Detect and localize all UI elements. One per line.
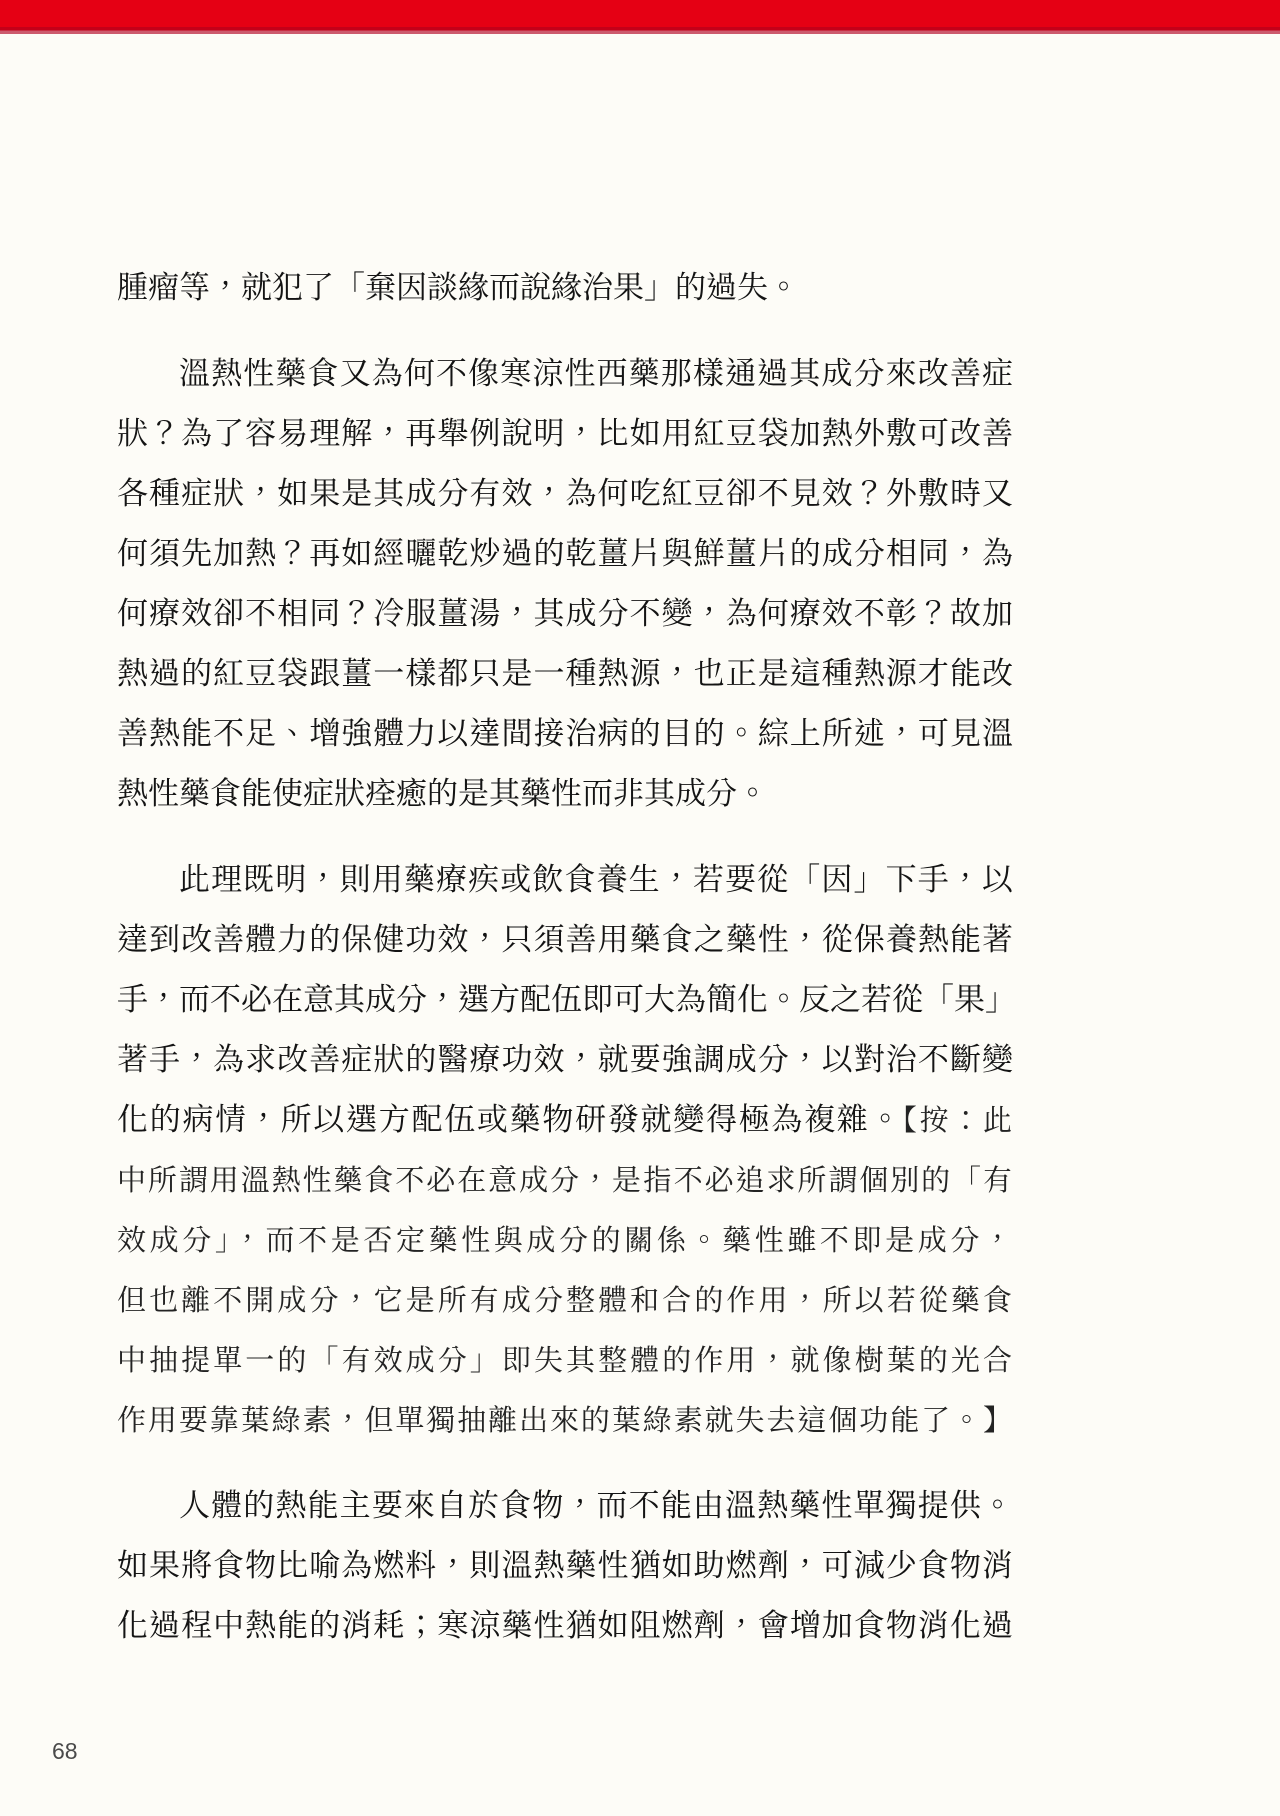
text-line: 中所謂用溫熱性藥食不必在意成分，是指不必追求所謂個別的「有 — [117, 1150, 1013, 1210]
paragraph: 腫瘤等，就犯了「棄因談緣而說緣治果」的過失。 — [117, 258, 1013, 318]
paragraph: 此理既明，則用藥療疾或飲食養生，若要從「因」下手，以達到改善體力的保健功效，只須… — [117, 850, 1013, 1450]
annotation-text: 【按：此 — [902, 1103, 1013, 1137]
body-text: 達到改善體力的保健功效，只須善用藥食之藥性，從保養熱能著 — [117, 922, 1013, 957]
text-line: 溫熱性藥食又為何不像寒涼性西藥那樣通過其成分來改善症 — [117, 344, 1013, 404]
text-line: 何療效卻不相同？冷服薑湯，其成分不變，為何療效不彰？故加 — [117, 584, 1013, 644]
text-line: 達到改善體力的保健功效，只須善用藥食之藥性，從保養熱能著 — [117, 910, 1013, 970]
text-line: 手，而不必在意其成分，選方配伍即可大為簡化。反之若從「果」 — [117, 970, 1013, 1030]
text-line: 效成分」，而不是否定藥性與成分的關係。藥性雖不即是成分， — [117, 1210, 1013, 1270]
text-line: 熱性藥食能使症狀痊癒的是其藥性而非其成分。 — [117, 764, 1013, 824]
body-text: 何療效卻不相同？冷服薑湯，其成分不變，為何療效不彰？故加 — [117, 596, 1013, 631]
body-text: 化過程中熱能的消耗；寒涼藥性猶如阻燃劑，會增加食物消化過 — [117, 1608, 1013, 1643]
text-line: 腫瘤等，就犯了「棄因談緣而說緣治果」的過失。 — [117, 258, 1013, 318]
text-line: 著手，為求改善症狀的醫療功效，就要強調成分，以對治不斷變 — [117, 1030, 1013, 1090]
annotation-text: 但也離不開成分，它是所有成分整體和合的作用，所以若從藥食 — [117, 1283, 1013, 1317]
body-text: 著手，為求改善症狀的醫療功效，就要強調成分，以對治不斷變 — [117, 1042, 1013, 1077]
annotation-text: 作用要靠葉綠素，但單獨抽離出來的葉綠素就失去這個功能了。】 — [117, 1403, 1013, 1437]
body-text: 化的病情，所以選方配伍或藥物研發就變得極為複雜。 — [117, 1102, 902, 1137]
top-accent-bar — [0, 0, 1280, 34]
text-line: 狀？為了容易理解，再舉例說明，比如用紅豆袋加熱外敷可改善 — [117, 404, 1013, 464]
paragraph: 人體的熱能主要來自於食物，而不能由溫熱藥性單獨提供。如果將食物比喻為燃料，則溫熱… — [117, 1476, 1013, 1656]
annotation-text: 中抽提單一的「有效成分」即失其整體的作用，就像樹葉的光合 — [117, 1343, 1013, 1377]
text-line: 熱過的紅豆袋跟薑一樣都只是一種熱源，也正是這種熱源才能改 — [117, 644, 1013, 704]
paragraph: 溫熱性藥食又為何不像寒涼性西藥那樣通過其成分來改善症狀？為了容易理解，再舉例說明… — [117, 344, 1013, 824]
body-text: 此理既明，則用藥療疾或飲食養生，若要從「因」下手，以 — [179, 862, 1013, 897]
body-text: 何須先加熱？再如經曬乾炒過的乾薑片與鮮薑片的成分相同，為 — [117, 536, 1013, 571]
text-line: 化過程中熱能的消耗；寒涼藥性猶如阻燃劑，會增加食物消化過 — [117, 1596, 1013, 1656]
text-line: 人體的熱能主要來自於食物，而不能由溫熱藥性單獨提供。 — [117, 1476, 1013, 1536]
text-line: 化的病情，所以選方配伍或藥物研發就變得極為複雜。【按：此 — [117, 1090, 1013, 1150]
text-line: 何須先加熱？再如經曬乾炒過的乾薑片與鮮薑片的成分相同，為 — [117, 524, 1013, 584]
text-line: 中抽提單一的「有效成分」即失其整體的作用，就像樹葉的光合 — [117, 1330, 1013, 1390]
body-text: 熱過的紅豆袋跟薑一樣都只是一種熱源，也正是這種熱源才能改 — [117, 656, 1013, 691]
text-line: 此理既明，則用藥療疾或飲食養生，若要從「因」下手，以 — [117, 850, 1013, 910]
text-line: 但也離不開成分，它是所有成分整體和合的作用，所以若從藥食 — [117, 1270, 1013, 1330]
text-line: 善熱能不足、增強體力以達間接治病的目的。綜上所述，可見溫 — [117, 704, 1013, 764]
body-text: 熱性藥食能使症狀痊癒的是其藥性而非其成分。 — [117, 776, 768, 811]
body-text: 腫瘤等，就犯了「棄因談緣而說緣治果」的過失。 — [117, 270, 799, 305]
text-line: 作用要靠葉綠素，但單獨抽離出來的葉綠素就失去這個功能了。】 — [117, 1390, 1013, 1450]
text-line: 各種症狀，如果是其成分有效，為何吃紅豆卻不見效？外敷時又 — [117, 464, 1013, 524]
body-text: 手，而不必在意其成分，選方配伍即可大為簡化。反之若從「果」 — [117, 982, 1016, 1017]
body-text: 狀？為了容易理解，再舉例說明，比如用紅豆袋加熱外敷可改善 — [117, 416, 1013, 451]
body-text: 各種症狀，如果是其成分有效，為何吃紅豆卻不見效？外敷時又 — [117, 476, 1013, 511]
body-text: 如果將食物比喻為燃料，則溫熱藥性猶如助燃劑，可減少食物消 — [117, 1548, 1013, 1583]
annotation-text: 中所謂用溫熱性藥食不必在意成分，是指不必追求所謂個別的「有 — [117, 1163, 1013, 1197]
text-column: 腫瘤等，就犯了「棄因談緣而說緣治果」的過失。溫熱性藥食又為何不像寒涼性西藥那樣通… — [117, 258, 1013, 1682]
body-text: 善熱能不足、增強體力以達間接治病的目的。綜上所述，可見溫 — [117, 716, 1013, 751]
body-text: 溫熱性藥食又為何不像寒涼性西藥那樣通過其成分來改善症 — [179, 356, 1013, 391]
page-number: 68 — [52, 1738, 78, 1765]
annotation-text: 效成分」，而不是否定藥性與成分的關係。藥性雖不即是成分， — [117, 1223, 1013, 1257]
text-line: 如果將食物比喻為燃料，則溫熱藥性猶如助燃劑，可減少食物消 — [117, 1536, 1013, 1596]
body-text: 人體的熱能主要來自於食物，而不能由溫熱藥性單獨提供。 — [179, 1488, 1013, 1523]
